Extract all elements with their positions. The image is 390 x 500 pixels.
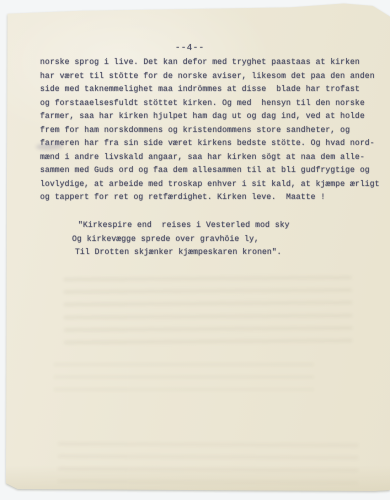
typed-verse-quote: "Kirkespire end reises i Vesterled mod s…	[70, 219, 290, 260]
bleed-through-text	[58, 434, 358, 484]
page-number: --4--	[175, 43, 205, 53]
text-line: farmeren har fra sin side været kirkens …	[40, 137, 376, 151]
bleed-through-text	[54, 355, 314, 395]
verse-line: Til Drotten skjænker kjæmpeskaren kronen…	[75, 246, 290, 260]
text-line: frem for ham norskdommens og kristendomm…	[40, 124, 376, 138]
text-line: har været til stötte for de norske avise…	[40, 70, 376, 84]
text-line: og forstaaelsesfuldt stöttet kirken. Og …	[40, 97, 376, 111]
document-page: --4-- norske sprog i live. Det kan defor…	[0, 0, 390, 500]
text-line: side med taknemmelighet maa indrömmes at…	[40, 83, 376, 97]
verse-line: Og kirkevægge sprede over gravhöie ly,	[72, 233, 290, 247]
typed-paragraph: norske sprog i live. Det kan defor med t…	[40, 56, 376, 205]
text-line: sammen med Guds ord og faa dem allesamme…	[40, 164, 376, 178]
text-line: mænd i andre livskald angaar, saa har ki…	[40, 151, 376, 165]
text-line: farmer, saa har kirken hjulpet ham dag u…	[40, 110, 376, 124]
text-line: norske sprog i live. Det kan defor med t…	[40, 56, 376, 70]
text-line: lovlydige, at arbeide med troskap enhver…	[40, 178, 376, 192]
paper-sheet: --4-- norske sprog i live. Det kan defor…	[6, 3, 390, 491]
text-line: og tappert for ret og retfærdighet. Kirk…	[40, 191, 376, 205]
bleed-through-text	[64, 268, 353, 348]
scan-background: --4-- norske sprog i live. Det kan defor…	[0, 0, 390, 500]
verse-line: "Kirkespire end reises i Vesterled mod s…	[78, 219, 290, 233]
